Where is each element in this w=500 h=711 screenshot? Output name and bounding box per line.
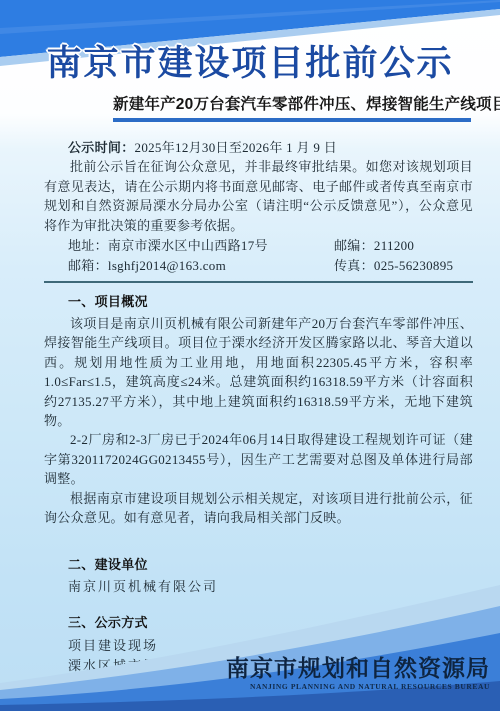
bureau-name-cn: 南京市规划和自然资源局 (226, 656, 490, 682)
section1-paragraph1: 该项目是南京川页机械有限公司新建年产20万台套汽车零部件冲压、焊接智能生产线项目… (44, 314, 473, 430)
postcode-value: 211200 (374, 238, 414, 253)
contact-row-email: 邮箱：lsghfj2014@163.com 传真：025-56230895 (44, 256, 473, 276)
intro-paragraph: 批前公示旨在征询公众意见，并非最终审批结果。如您对该规划项目有意见表达，请在公示… (44, 157, 473, 235)
project-subtitle: 新建年产20万台套汽车零部件冲压、焊接智能生产线项目变更 (113, 96, 500, 113)
bureau-name-en: NANJING PLANNING AND NATURAL RESOURCES B… (226, 682, 490, 691)
fax-label: 传真： (334, 258, 374, 273)
contact-block: 地址：南京市溧水区中山西路17号 邮编：211200 邮箱：lsghfj2014… (44, 236, 473, 276)
publicity-time-label: 公示时间： (68, 140, 135, 155)
postcode-item: 邮编：211200 (334, 236, 414, 255)
fax-value: 025-56230895 (374, 258, 453, 273)
address-label: 地址： (68, 238, 108, 253)
fax-item: 传真：025-56230895 (334, 256, 453, 275)
section1-paragraph2: 2-2厂房和2-3厂房已于2024年06月14日取得建设工程规划许可证（建字第3… (44, 430, 473, 488)
subtitle-block: 新建年产20万台套汽车零部件冲压、焊接智能生产线项目变更 (113, 92, 471, 122)
email-value: lsghfj2014@163.com (108, 258, 226, 273)
bureau-signature: 南京市规划和自然资源局 NANJING PLANNING AND NATURAL… (226, 656, 490, 691)
email-label: 邮箱： (68, 258, 108, 273)
contact-row-address: 地址：南京市溧水区中山西路17号 邮编：211200 (44, 236, 473, 256)
section1-paragraph3: 根据南京市建设项目规划公示相关规定，对该项目进行批前公示，征询公众意见。如有意见… (44, 489, 473, 528)
section-divider (44, 281, 473, 283)
notice-poster: 南京市建设项目批前公示 新建年产20万台套汽车零部件冲压、焊接智能生产线项目变更… (0, 0, 500, 711)
publicity-time-row: 公示时间：2025年12月30日至2026年 1 月 9 日 (44, 138, 473, 157)
postcode-label: 邮编： (334, 238, 374, 253)
section1-heading: 一、项目概况 (44, 292, 473, 311)
publicity-time-value: 2025年12月30日至2026年 1 月 9 日 (135, 140, 338, 155)
page-title: 南京市建设项目批前公示 (0, 36, 500, 86)
address-value: 南京市溧水区中山西路17号 (108, 238, 268, 253)
